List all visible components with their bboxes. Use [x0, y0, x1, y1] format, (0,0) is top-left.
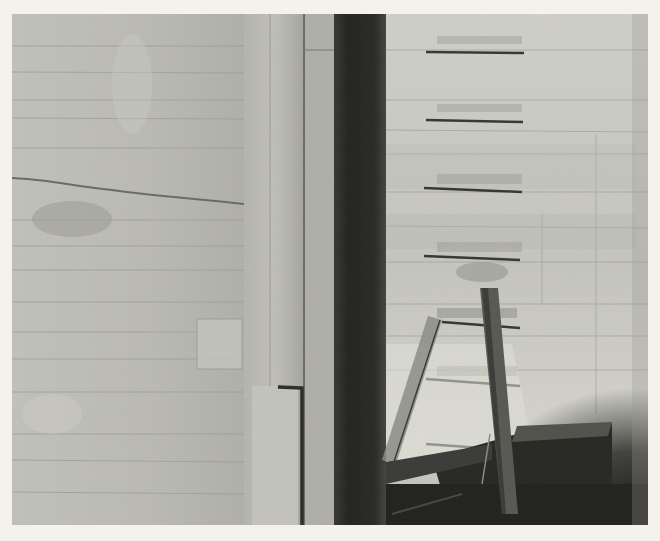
board-plank	[252, 386, 298, 525]
concrete-wall-scene	[12, 14, 648, 525]
vertical-gap	[334, 14, 386, 525]
photo-print	[0, 0, 660, 541]
pillar-edge	[304, 14, 334, 525]
photograph	[12, 14, 648, 525]
